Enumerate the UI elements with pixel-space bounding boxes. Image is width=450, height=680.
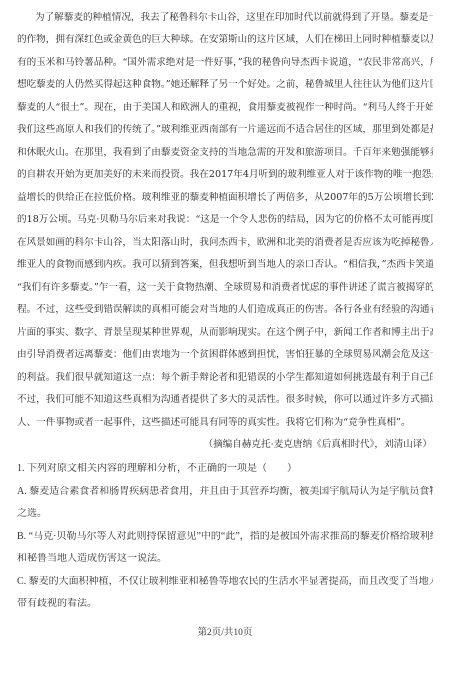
passage-line: 人、一件事物或者一起事件，这些描述可能具有同等的真实性。我将它们称为“竞争性真相… [17,417,433,429]
passage-line: 程。不过，这些受到错误解读的真相可能会对当地的人们造成真正的伤害。各行各业有经验… [17,304,433,316]
question-1-option-a: A. 藜麦适合素食者和肠胃疾病患者食用，并且由于其营养均衡，被美国宇航局认为是宇… [17,486,433,498]
passage-source: （摘编自赫克托·麦克唐纳《后真相时代》，刘清山译） [204,439,433,451]
passage-line: 有的玉米和马铃薯品种。“国外需求绝对是一件好事，”我的秘鲁向导杰西卡说道，“农民… [17,57,433,69]
question-1-option-a-cont: 之选。 [17,508,433,520]
passage-line: 维亚人的食物而感到内疚。我可以猜到答案，但我想听到当地人的亲口否认。“相信我，”… [17,259,433,271]
passage-line: 片面的事实、数字、背景呈现某种世界观，从而影响现实。在这个例子中，新闻工作者和博… [17,327,433,339]
passage-line: “我们有许多藜麦。”乍一看，这一关于食物热潮、全球贸易和消费者忧虑的事件讲述了谎… [17,282,433,294]
passage-line: 和休眠火山。在那里，我看到了由藜麦资金支持的当地急需的开发和旅游项目。千百年来勉… [17,147,433,159]
passage-line: 为了解藜麦的种植情况，我去了秘鲁科尔卡山谷，这里在印加时代以前就得到了开垦。藜麦… [35,12,433,24]
page-footer: 第2页/共10页 [0,624,450,638]
passage-line: 的作物，拥有深红色或金黄色的巨大种球。在安第斯山的这片区域，人们在梯田上同时种植… [17,34,433,46]
question-1-option-c: C. 藜麦的大面积种植，不仅让玻利维亚和秘鲁等地农民的生活水平显著提高，而且改变… [17,576,433,588]
question-1-option-b-cont: 和秘鲁当地人造成伤害这一说法。 [17,553,433,565]
question-1-option-c-cont: 带有歧视的看法。 [17,598,433,610]
question-1-stem: 1. 下列对原文相关内容的理解和分析，不正确的一项是（ ） [17,463,433,475]
passage-line: 益增长的供给正在拉低价格。玻利维亚的藜麦种植面积增长了两倍多，从2007年的5万… [17,192,433,204]
passage-line: 想吃藜麦的人仍然买得起这种食物。”她还解释了另一个好处。之前，秘鲁城里人往往认为… [17,79,433,91]
passage-line: 的利益。我们很早就知道这一点：每个新手辩论者和犯错误的小学生都知道如何挑选最有利… [17,372,433,384]
passage-line: 我们这些高原人和我们的传统了。”玻利维亚西南部有一片遥远而不适合居住的区域，那里… [17,124,433,136]
passage-line: 由引导消费者远离藜麦：他们由衷地为一个贫困群体感到担忧，害怕狂暴的全球贸易风潮会… [17,349,433,361]
passage-line: 的自耕农开始为更加美好的未来而投资。我在2017年4月听到的玻利维亚人对于该作物… [17,169,433,181]
question-1-option-b: B. “马克·贝勒马尔等人对此则持保留意见”中的“此”，指的是被国外需求推高的藜… [17,531,433,543]
passage-line: 不过，我们可能不知道这些真相为沟通者提供了多大的灵活性。很多时候，你可以通过许多… [17,394,433,406]
passage-line: 的18万公顷。马克·贝勒马尔后来对我说：“这是一个令人悲伤的结局，因为它的价格不… [17,214,433,226]
document-page: 为了解藜麦的种植情况，我去了秘鲁科尔卡山谷，这里在印加时代以前就得到了开垦。藜麦… [0,0,450,680]
passage-line: 藜麦的人“很土”。现在，由于美国人和欧洲人的重视，食用藜麦被视作一种时尚。“利马… [17,102,433,114]
passage-line: 在风景如画的科尔卡山谷，当太阳落山时，我问杰西卡，欧洲和北美的消费者是否应该为吃… [17,237,433,249]
